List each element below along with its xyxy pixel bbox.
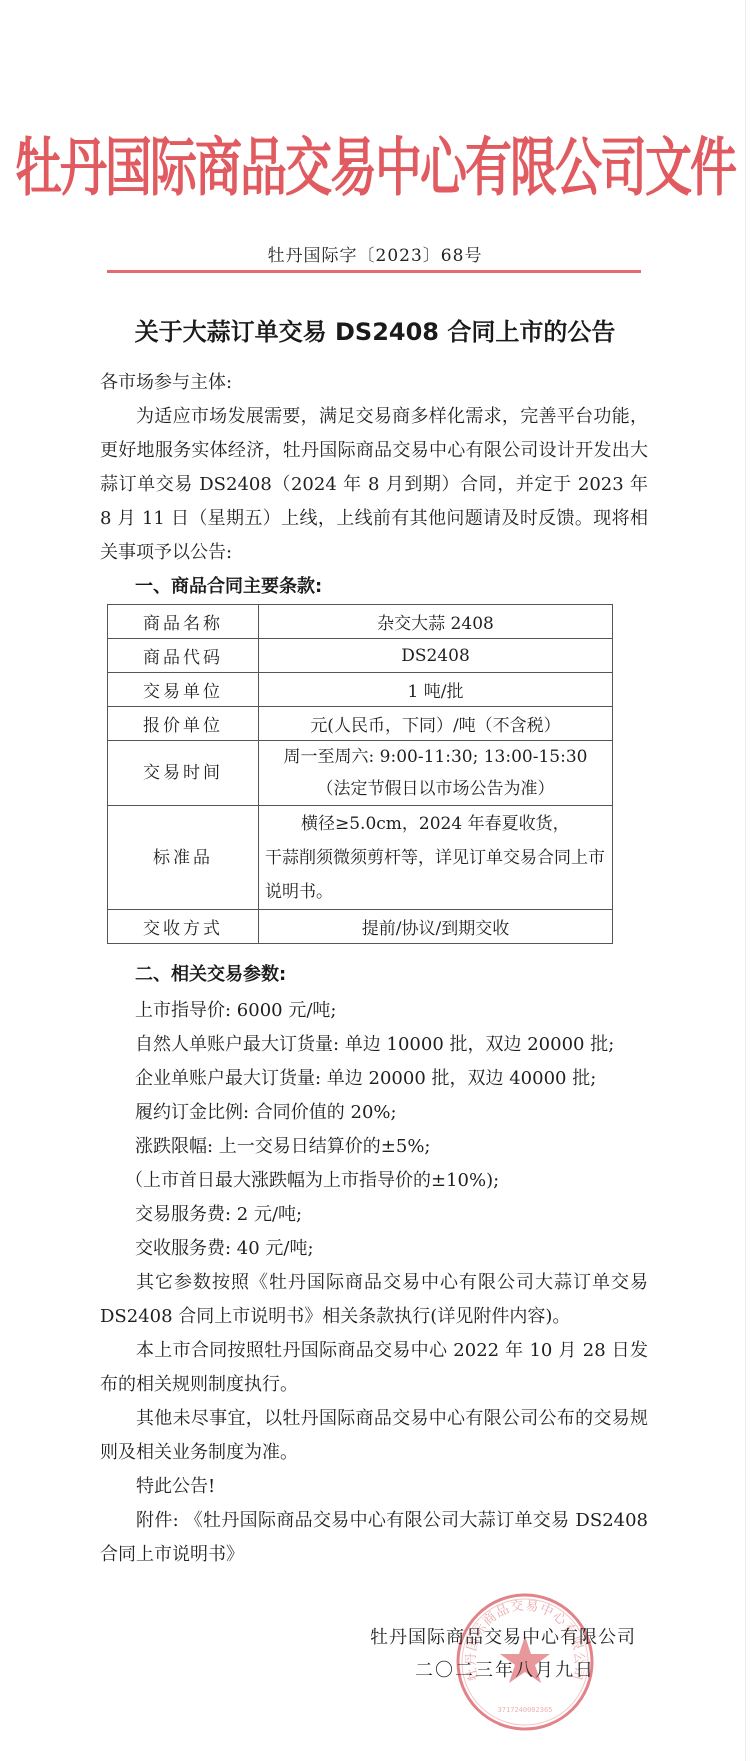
param-item: 交收服务费: 40 元/吨; — [135, 1232, 614, 1266]
table-row: 商品名称 杂交大蒜 2408 — [108, 605, 613, 639]
closing-p4: 特此公告! — [100, 1470, 648, 1504]
intro-text: 为适应市场发展需要，满足交易商多样化需求，完善平台功能，更好地服务实体经济，牡丹… — [100, 400, 648, 570]
row-label: 交收方式 — [108, 910, 259, 944]
row-label: 交易单位 — [108, 673, 259, 707]
param-item: （上市首日最大涨跌幅为上市指导价的±10%); — [125, 1164, 614, 1198]
svg-text:3717240002365: 3717240002365 — [498, 1706, 553, 1714]
param-item: 涨跌限幅: 上一交易日结算价的±5%; — [135, 1130, 614, 1164]
row-label: 交易时间 — [108, 741, 259, 806]
section-1-heading: 一、商品合同主要条款: — [135, 572, 322, 598]
row-label: 报价单位 — [108, 707, 259, 741]
row-value: 周一至周六: 9:00-11:30; 13:00-15:30 （法定节假日以市场… — [259, 741, 613, 806]
param-item: 上市指导价: 6000 元/吨; — [135, 994, 614, 1028]
param-item: 企业单账户最大订货量: 单边 20000 批，双边 40000 批; — [135, 1062, 614, 1096]
trading-hours-note: （法定节假日以市场公告为准） — [265, 773, 606, 805]
contract-terms-table: 商品名称 杂交大蒜 2408 商品代码 DS2408 交易单位 1 吨/批 报价… — [107, 604, 613, 944]
row-value: 1 吨/批 — [259, 673, 613, 707]
standard-spec: 横径≥5.0cm，2024 年春夏收货， 干蒜削须微须剪杆等，详见订单交易合同上… — [265, 807, 606, 909]
attachment-note: 附件: 《牡丹国际商品交易中心有限公司大蒜订单交易 DS2408 合同上市说明书… — [100, 1504, 648, 1572]
salutation: 各市场参与主体: — [100, 366, 648, 400]
closing-p3: 其他未尽事宜，以牡丹国际商品交易中心有限公司公布的交易规则及相关业务制度为准。 — [100, 1402, 648, 1470]
table-row: 交易单位 1 吨/批 — [108, 673, 613, 707]
row-value: 提前/协议/到期交收 — [259, 910, 613, 944]
table-row: 标准品 横径≥5.0cm，2024 年春夏收货， 干蒜削须微须剪杆等，详见订单交… — [108, 806, 613, 910]
table-row: 交收方式 提前/协议/到期交收 — [108, 910, 613, 944]
table-row: 商品代码 DS2408 — [108, 639, 613, 673]
param-item: 履约订金比例: 合同价值的 20%; — [135, 1096, 614, 1130]
closing-p1: 其它参数按照《牡丹国际商品交易中心有限公司大蒜订单交易 DS2408 合同上市说… — [100, 1266, 648, 1334]
param-item: 自然人单账户最大订货量: 单边 10000 批，双边 20000 批; — [135, 1028, 614, 1062]
signing-date: 二〇二三年八月九日 — [415, 1656, 595, 1682]
table-row: 交易时间 周一至周六: 9:00-11:30; 13:00-15:30 （法定节… — [108, 741, 613, 806]
closing-paragraphs: 其它参数按照《牡丹国际商品交易中心有限公司大蒜订单交易 DS2408 合同上市说… — [100, 1266, 648, 1572]
row-value: 杂交大蒜 2408 — [259, 605, 613, 639]
trading-hours: 周一至周六: 9:00-11:30; 13:00-15:30 — [265, 741, 606, 773]
red-divider — [107, 270, 641, 273]
standard-spec-line1: 横径≥5.0cm，2024 年春夏收货， — [265, 807, 606, 841]
row-label: 商品名称 — [108, 605, 259, 639]
salutation-text: 各市场参与主体: — [100, 366, 648, 400]
closing-p2: 本上市合同按照牡丹国际商品交易中心 2022 年 10 月 28 日发布的相关规… — [100, 1334, 648, 1402]
row-label: 商品代码 — [108, 639, 259, 673]
document-number: 牡丹国际字〔2023〕68号 — [0, 241, 750, 266]
row-value: 元(人民币，下同）/吨（不含税） — [259, 707, 613, 741]
standard-spec-line2: 干蒜削须微须剪杆等，详见订单交易合同上市说明书。 — [265, 848, 605, 902]
table-row: 报价单位 元(人民币，下同）/吨（不含税） — [108, 707, 613, 741]
announcement-title: 关于大蒜订单交易 DS2408 合同上市的公告 — [0, 312, 750, 347]
row-value: DS2408 — [259, 639, 613, 673]
row-value: 横径≥5.0cm，2024 年春夏收货， 干蒜削须微须剪杆等，详见订单交易合同上… — [259, 806, 613, 910]
trading-parameters: 上市指导价: 6000 元/吨; 自然人单账户最大订货量: 单边 10000 批… — [135, 994, 614, 1266]
row-label: 标准品 — [108, 806, 259, 910]
signing-organization: 牡丹国际商品交易中心有限公司 — [370, 1623, 636, 1649]
param-item: 交易服务费: 2 元/吨; — [135, 1198, 614, 1232]
masthead-title: 牡丹国际商品交易中心有限公司文件 — [0, 118, 750, 208]
section-2-heading: 二、相关交易参数: — [135, 960, 286, 986]
intro-paragraph: 为适应市场发展需要，满足交易商多样化需求，完善平台功能，更好地服务实体经济，牡丹… — [100, 400, 648, 570]
